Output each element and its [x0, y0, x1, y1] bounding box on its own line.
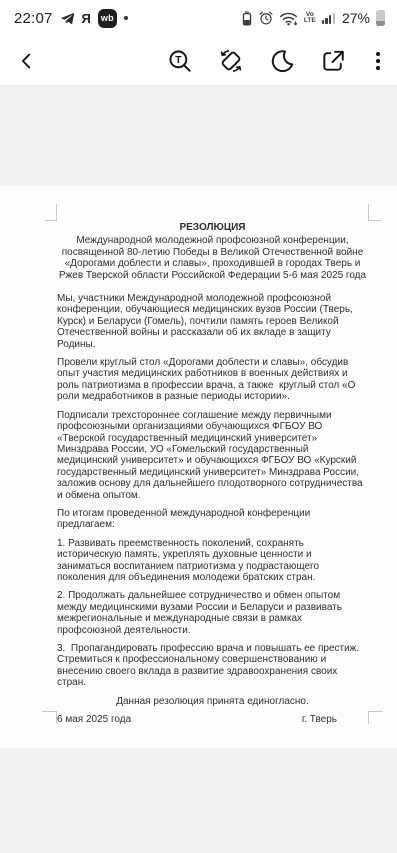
volte-indicator: Vo LTE	[303, 12, 317, 24]
search-text-icon: T	[167, 48, 193, 74]
document-date: 6 мая 2025 года	[57, 714, 131, 725]
crop-mark-bottom-left	[42, 711, 57, 724]
yandex-notification-icon: Я	[82, 11, 91, 26]
alarm-clock-icon	[258, 10, 274, 26]
battery-icon	[376, 10, 385, 26]
back-button[interactable]	[0, 50, 48, 72]
crop-mark-top-right	[368, 204, 381, 221]
paragraph-list-item-2: 2. Продолжать дальнейшее сотрудничество …	[57, 590, 368, 636]
document-place: г. Тверь	[302, 714, 337, 725]
status-bar-left: 22:07 Я wb	[14, 9, 128, 28]
document-page: РЕЗОЛЮЦИЯ Международной молодежной профс…	[0, 186, 397, 748]
overflow-menu-button[interactable]	[371, 48, 385, 74]
paragraph-list-item-3: 3. Пропагандировать профессию врача и по…	[57, 643, 368, 689]
paragraph: По итогам проведенной международной конф…	[57, 508, 368, 531]
telegram-notification-icon	[60, 11, 75, 26]
open-in-button[interactable]	[320, 48, 346, 74]
document-scroll-area[interactable]: РЕЗОЛЮЦИЯ Международной молодежной профс…	[0, 86, 397, 852]
wifi-icon	[279, 10, 298, 26]
document-subtitle: Международной молодежной профсоюзной кон…	[57, 235, 368, 281]
dark-mode-button[interactable]	[269, 48, 295, 74]
document-title: РЕЗОЛЮЦИЯ	[57, 222, 368, 233]
paragraph: Провели круглый стол «Дорогами доблести …	[57, 357, 368, 403]
document-viewer-toolbar: T	[0, 36, 397, 86]
kebab-menu-icon	[371, 48, 385, 74]
svg-text:T: T	[175, 55, 182, 66]
paragraph: Мы, участники Международной молодежной п…	[57, 293, 368, 350]
rotate-screen-button[interactable]	[218, 48, 244, 74]
notification-dot-icon	[124, 16, 128, 20]
wildberries-notification-icon: wb	[98, 9, 117, 28]
status-bar: 22:07 Я wb Vo LTE 27%	[0, 0, 397, 36]
toolbar-actions: T	[167, 48, 385, 74]
paragraph: Подписали трехстороннее соглашение между…	[57, 410, 368, 501]
signal-strength-icon	[322, 12, 335, 24]
document-text: РЕЗОЛЮЦИЯ Международной молодежной профс…	[57, 222, 368, 725]
paragraph-list-item-1: 1. Развивать преемственность поколений, …	[57, 538, 368, 584]
search-text-button[interactable]: T	[167, 48, 193, 74]
rotate-screen-icon	[218, 48, 244, 74]
chevron-left-icon	[16, 50, 38, 72]
crop-mark-bottom-right	[368, 711, 383, 724]
phone-screen: 22:07 Я wb Vo LTE 27%	[0, 0, 397, 853]
moon-icon	[269, 48, 295, 74]
battery-saver-notification-icon	[241, 11, 253, 26]
clock-text: 22:07	[14, 10, 53, 27]
signature-line: 6 мая 2025 года г. Тверь	[57, 714, 368, 725]
battery-percent-text: 27%	[342, 10, 370, 26]
crop-mark-top-left	[45, 204, 57, 221]
open-in-icon	[320, 48, 346, 74]
closing-statement: Данная резолюция принята единогласно.	[57, 696, 368, 707]
status-bar-right: Vo LTE 27%	[241, 10, 385, 26]
